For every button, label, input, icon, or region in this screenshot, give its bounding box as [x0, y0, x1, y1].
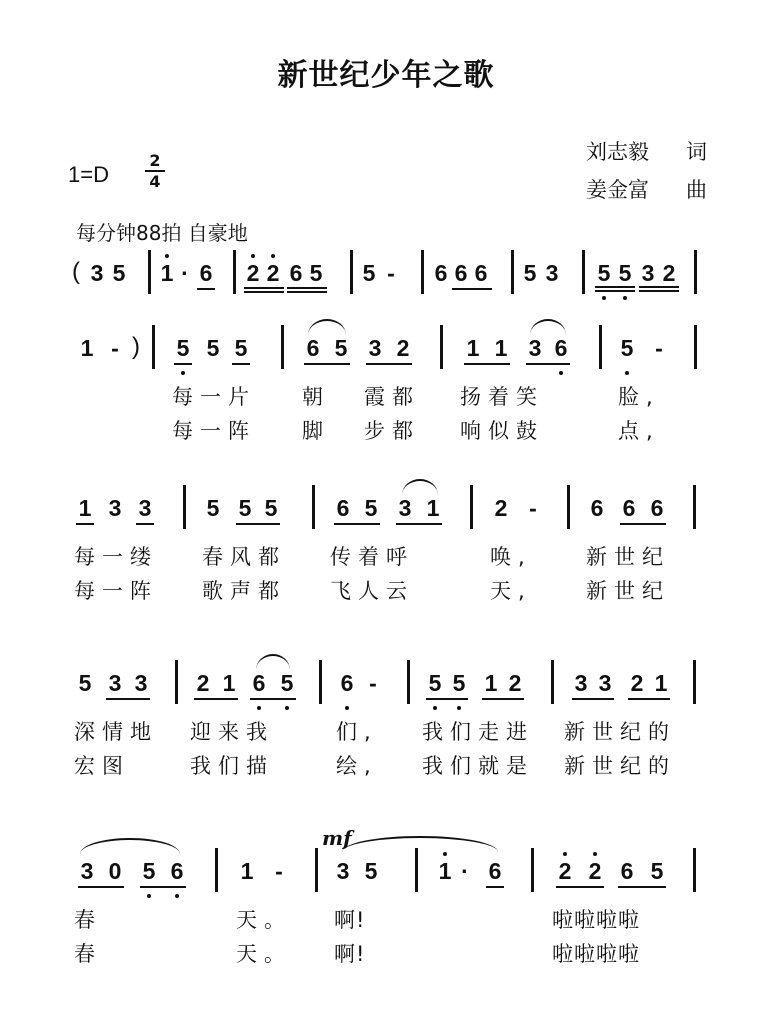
lyric-verse2: 啦啦啦啦	[552, 938, 640, 968]
note: 6	[197, 260, 215, 286]
note: 2	[660, 260, 678, 286]
note: 1	[492, 335, 510, 361]
note: 2	[194, 670, 212, 696]
note: 6	[287, 260, 305, 286]
note-high: 2	[244, 260, 262, 286]
note: 5	[360, 260, 378, 286]
note: 3	[366, 335, 384, 361]
note: 2	[628, 670, 646, 696]
dash: -	[382, 260, 400, 286]
underline	[620, 523, 666, 525]
underline	[250, 698, 296, 700]
note: 6	[472, 260, 490, 286]
lyric-verse2: 绘,	[336, 750, 378, 780]
note: 6	[334, 495, 352, 521]
lyric-verse2: 天,	[490, 575, 532, 605]
note-high: 1	[436, 858, 454, 884]
lyric-verse1: 们,	[336, 716, 378, 746]
lyric-verse2: 我们就是	[422, 750, 534, 780]
lyricist-name: 刘志毅	[586, 140, 649, 164]
barline	[175, 660, 178, 704]
barline	[694, 325, 697, 369]
lyric-verse1: 春风都	[202, 541, 286, 571]
note: 3	[106, 670, 124, 696]
song-title: 新世纪少年之歌	[0, 50, 772, 94]
note: 3	[596, 670, 614, 696]
barline	[693, 848, 696, 892]
composer-name: 姜金富	[586, 178, 649, 202]
lyric-verse1: 脸,	[618, 381, 660, 411]
note: 2	[394, 335, 412, 361]
note-high: 2	[264, 260, 282, 286]
underline	[334, 523, 380, 525]
dash: -	[270, 858, 288, 884]
note: 3	[78, 858, 96, 884]
barline	[233, 250, 236, 294]
underline	[426, 698, 468, 700]
lyric-verse1: 我们走进	[422, 716, 534, 746]
lyric-verse2: 新世纪	[586, 575, 670, 605]
note-low: 5	[174, 335, 192, 361]
key-signature: 1=D	[68, 162, 109, 188]
note-low: 6	[250, 670, 268, 696]
note-low: 5	[616, 260, 634, 286]
lyric-verse2: 新世纪的	[564, 750, 676, 780]
notation-line: 1 3 3 5 5 5 6 5 3 1 2 - 6 6 6	[0, 485, 772, 535]
note: 3	[526, 335, 544, 361]
lyric-verse2: 步都	[364, 415, 420, 445]
barline	[281, 325, 284, 369]
barline	[582, 250, 585, 294]
slur	[308, 319, 346, 335]
barline	[312, 485, 315, 529]
slur	[402, 479, 438, 495]
underline	[78, 886, 124, 888]
underline	[452, 288, 492, 290]
note: 6	[486, 858, 504, 884]
note: 5	[332, 335, 350, 361]
notation-line: 5 3 3 2 1 6 5 6 - 5 5 1 2 3 3 2 1	[0, 660, 772, 710]
lyric-verse2: 每一阵	[74, 575, 158, 605]
barline	[315, 848, 318, 892]
underline	[236, 523, 280, 525]
underline	[194, 698, 238, 700]
close-paren: )	[132, 333, 140, 361]
slur	[256, 654, 290, 670]
meter-bottom: 4	[145, 173, 165, 190]
note-high: 2	[556, 858, 574, 884]
note: 1	[76, 495, 94, 521]
barline	[350, 250, 353, 294]
note-low: 5	[140, 858, 158, 884]
note: 1	[220, 670, 238, 696]
underline	[244, 287, 284, 289]
underline	[197, 288, 215, 290]
slur	[80, 838, 180, 854]
note: 6	[588, 495, 606, 521]
lyric-verse1: 啦啦啦啦	[552, 904, 640, 934]
barline	[551, 660, 554, 704]
lyric-verse1: 天。	[236, 904, 292, 934]
note: 3	[396, 495, 414, 521]
underline	[595, 286, 635, 288]
lyric-verse2: 春	[74, 938, 102, 968]
barline	[415, 848, 418, 892]
underline	[595, 290, 635, 292]
barline	[215, 848, 218, 892]
note: 2	[492, 495, 510, 521]
lyric-verse1: 朝	[302, 381, 330, 411]
note: 5	[521, 260, 539, 286]
note: 6	[452, 260, 470, 286]
note: 6	[304, 335, 322, 361]
lyric-verse2: 点,	[618, 415, 660, 445]
note: 3	[639, 260, 657, 286]
underline	[140, 886, 186, 888]
note: 1	[482, 670, 500, 696]
lyric-verse2: 每一阵	[172, 415, 256, 445]
barline	[599, 325, 602, 369]
note: 1	[464, 335, 482, 361]
note: 6	[432, 260, 450, 286]
note-low: 5	[278, 670, 296, 696]
lyric-verse1: 每一片	[172, 381, 256, 411]
note-low: 5	[595, 260, 613, 286]
dot-extension: ·	[456, 858, 474, 884]
note: 6	[620, 495, 638, 521]
underline	[287, 287, 327, 289]
note: 3	[334, 858, 352, 884]
note-low: 6	[168, 858, 186, 884]
underline	[526, 363, 570, 365]
underline	[464, 363, 510, 365]
composer-credit: 姜金富 曲	[586, 174, 649, 204]
barline	[567, 485, 570, 529]
notation-line: ( 3 5 1 · 6 2 2 6 5 5 - 6 6 6 5 3 5 5 3 …	[0, 250, 772, 300]
note: 6	[618, 858, 636, 884]
note: 5	[362, 495, 380, 521]
note: 0	[106, 858, 124, 884]
lyric-verse1: 唤,	[490, 541, 532, 571]
note-low: 5	[618, 335, 636, 361]
lyric-verse2: 天。	[236, 938, 292, 968]
dash: -	[524, 495, 542, 521]
note: 5	[76, 670, 94, 696]
underline	[482, 698, 524, 700]
note: 5	[110, 260, 128, 286]
lyricist-credit: 刘志毅 词	[586, 136, 649, 166]
lyric-verse2: 响似鼓	[460, 415, 544, 445]
barline	[183, 485, 186, 529]
note: 5	[236, 495, 254, 521]
underline	[486, 886, 504, 888]
note: 3	[543, 260, 561, 286]
barline	[693, 660, 696, 704]
composer-role: 曲	[686, 174, 707, 204]
open-paren: (	[72, 258, 80, 286]
lyric-verse2: 啊!	[334, 938, 365, 968]
underline	[639, 286, 679, 288]
note: 1	[424, 495, 442, 521]
note: 3	[572, 670, 590, 696]
lyric-verse2: 飞人云	[330, 575, 414, 605]
underline	[556, 886, 604, 888]
underline	[287, 291, 327, 293]
barline	[319, 660, 322, 704]
underline	[244, 291, 284, 293]
lyric-verse2: 宏图	[74, 750, 130, 780]
lyric-verse1: 深情地	[74, 716, 158, 746]
note: 1	[78, 335, 96, 361]
tempo-marking: 每分钟88拍 自豪地	[76, 217, 248, 246]
underline	[232, 363, 250, 365]
time-signature: 2 4	[145, 152, 165, 190]
note: 3	[132, 670, 150, 696]
note: 5	[307, 260, 325, 286]
dash: -	[650, 335, 668, 361]
lyric-verse1: 传着呼	[330, 541, 414, 571]
note-low: 5	[450, 670, 468, 696]
dash: -	[364, 670, 382, 696]
note-low: 6	[552, 335, 570, 361]
lyric-verse1: 春	[74, 904, 102, 934]
lyric-verse2: 脚	[302, 415, 330, 445]
barline	[511, 250, 514, 294]
note-high: 1	[158, 260, 176, 286]
dot-extension: ·	[176, 260, 194, 286]
lyric-verse1: 新世纪的	[564, 716, 676, 746]
lyric-verse2: 我们描	[190, 750, 274, 780]
lyric-verse1: 迎来我	[190, 716, 274, 746]
barline	[152, 325, 155, 369]
note: 2	[506, 670, 524, 696]
lyric-verse1: 霞都	[364, 381, 420, 411]
underline	[396, 523, 442, 525]
underline	[366, 363, 412, 365]
note: 1	[652, 670, 670, 696]
underline	[304, 363, 350, 365]
barline	[407, 660, 410, 704]
lyric-verse2: 歌声都	[202, 575, 286, 605]
underline	[136, 523, 154, 525]
note: 3	[106, 495, 124, 521]
note: 6	[648, 495, 666, 521]
barline	[693, 485, 696, 529]
lyric-verse1: 新世纪	[586, 541, 670, 571]
note: 5	[262, 495, 280, 521]
barline	[440, 325, 443, 369]
barline	[470, 485, 473, 529]
underline	[639, 290, 679, 292]
note: 5	[204, 495, 222, 521]
slur	[530, 319, 566, 335]
notation-line: 1 - ) 5 5 5 6 5 3 2 1 1 3 6 5 -	[0, 325, 772, 375]
note-low: 6	[338, 670, 356, 696]
lyric-verse1: 每一缕	[74, 541, 158, 571]
lyricist-role: 词	[686, 136, 707, 166]
underline	[76, 523, 94, 525]
note: 1	[238, 858, 256, 884]
slur	[342, 836, 498, 852]
underline	[106, 698, 150, 700]
note: 5	[648, 858, 666, 884]
note: 5	[362, 858, 380, 884]
lyric-verse1: 扬着笑	[460, 381, 544, 411]
note-low: 5	[426, 670, 444, 696]
note: 3	[136, 495, 154, 521]
notation-line: 3 0 5 6 1 - mf 3 5 1 · 6 2 2 6 5	[0, 848, 772, 898]
underline	[572, 698, 614, 700]
barline	[531, 848, 534, 892]
lyric-verse1: 啊!	[334, 904, 365, 934]
dash: -	[106, 335, 124, 361]
note: 5	[204, 335, 222, 361]
underline	[618, 886, 666, 888]
barline	[148, 250, 151, 294]
barline	[694, 250, 697, 294]
underline	[174, 363, 192, 365]
underline	[628, 698, 670, 700]
note: 5	[232, 335, 250, 361]
meter-top: 2	[145, 152, 165, 169]
note-high: 2	[586, 858, 604, 884]
note: 3	[88, 260, 106, 286]
barline	[421, 250, 424, 294]
